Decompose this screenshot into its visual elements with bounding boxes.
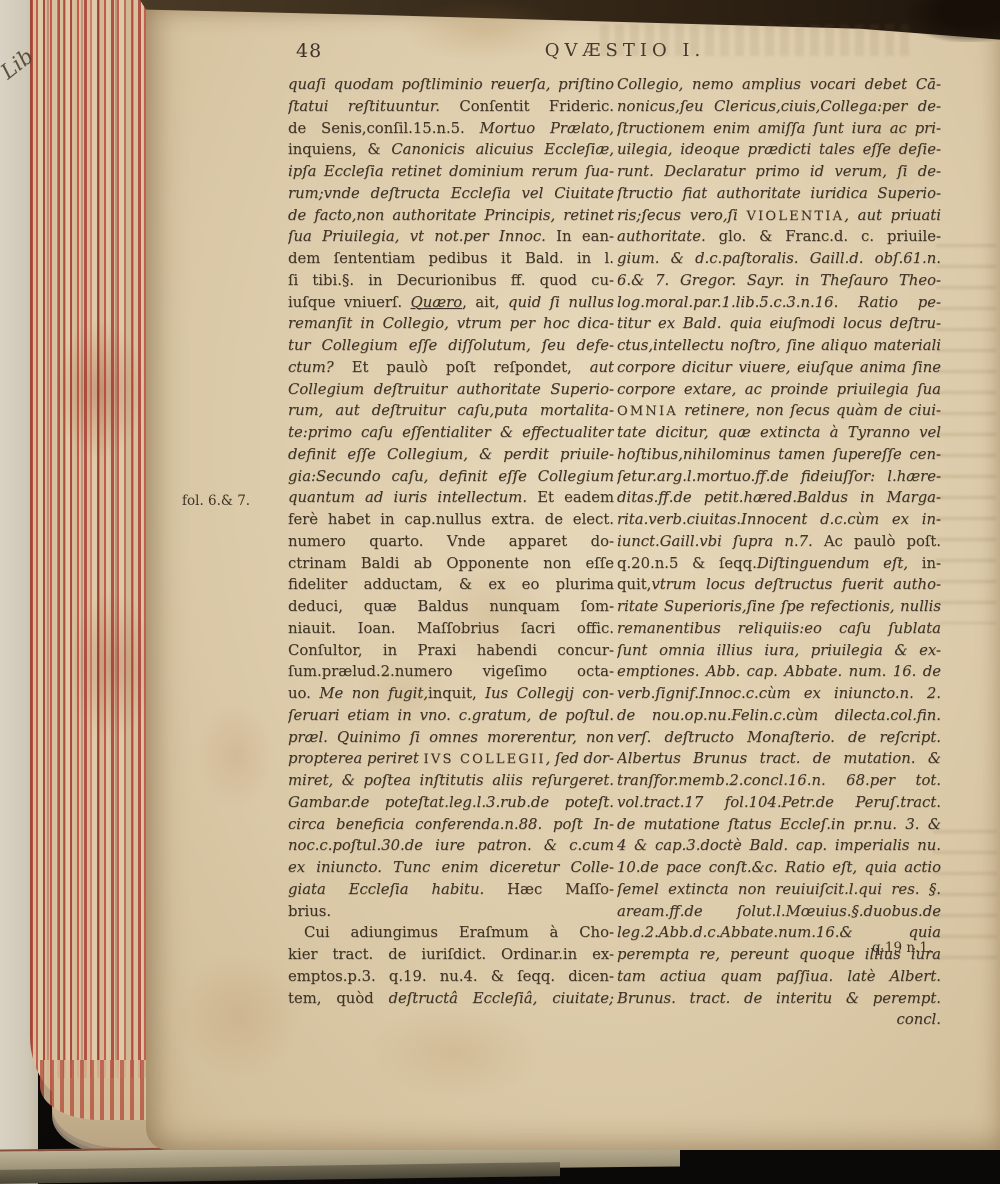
text-line: Conſultor, in Praxi habendi concur- [288, 640, 614, 662]
text-line: vol.tract.17 fol.104.Petr.de Peruſ.tract… [617, 792, 941, 814]
text-segment: rita.verb.ciuitas.Innocent d.c.cùm ex in… [617, 511, 941, 528]
text-segment: de facto,non authoritate Principis, reti… [288, 207, 614, 224]
text-segment: de mutatione ſtatus Eccleſ.in pr.nu. 3. … [617, 816, 941, 833]
text-line: Brunus. tract. de interitu & perempt. [617, 988, 941, 1010]
text-line: remanſit in Collegio, vtrum per hoc dica… [288, 313, 614, 335]
text-segment: fideliter adductam, & ex eo plurima [288, 576, 614, 593]
text-segment: Mortuo Prælato, [480, 120, 614, 137]
text-line: de facto,non authoritate Principis, reti… [288, 205, 614, 227]
text-line: 6.& 7. Gregor. Sayr. in Theſauro Theo- [617, 270, 941, 292]
text-segment: remanentibus reliquiis:eo caſu ſublata [617, 620, 941, 637]
text-segment: Conſultor, in Praxi habendi concur- [288, 642, 614, 659]
text-segment: circa beneficia conferenda.n.88. poſt In… [288, 816, 614, 833]
text-line: tranſfor.memb.2.concl.16.n. 68.per tot. [617, 770, 941, 792]
text-segment: Diſtinguendum eſt, [757, 555, 908, 572]
text-segment: tate dicitur, quæ extincta à Tyranno vel [617, 424, 941, 441]
text-line: ctus,intellectu noſtro, ſine aliquo mate… [617, 335, 941, 357]
text-segment: quantum ad iuris intellectum. [288, 489, 527, 506]
text-segment: giata Eccleſia habitu. [288, 881, 484, 898]
text-segment: , ait, [462, 294, 508, 311]
text-segment: ſeruari etiam in vno. c.gratum, de poſtu… [288, 707, 614, 724]
text-line: ferè habet in cap.nullus extra. de elect… [288, 509, 614, 531]
text-line: circa beneficia conferenda.n.88. poſt In… [288, 814, 614, 836]
text-line: gia:Secundo caſu, definit eſſe Collegium [288, 466, 614, 488]
text-segment: definit eſſe Collegium, & perdit priuile… [288, 446, 614, 463]
text-line: inquiens, & Canonicis alicuius Eccleſiæ, [288, 139, 614, 161]
text-segment: nonicus,ſeu Clericus,ciuis,Collega:per d… [617, 98, 941, 115]
text-segment: ſtructio fiat authoritate iuridica Super… [617, 185, 941, 202]
text-line: ris;ſecus vero,ſi VIOLENTIA, aut priuati [617, 205, 941, 227]
text-segment: Ius Collegij con- [485, 685, 614, 702]
text-line: definit eſſe Collegium, & perdit priuile… [288, 444, 614, 466]
text-segment: aut [590, 359, 614, 376]
text-segment: ris;ſecus vero,ſi [617, 207, 746, 224]
text-segment: Conſentit Frideric. [440, 98, 614, 115]
text-segment: glo. & Franc.d. c. priuile- [719, 228, 941, 245]
text-line: runt. Declaratur primo id verum, ſi de- [617, 161, 941, 183]
text-segment: , ſed dor- [546, 750, 614, 767]
text-segment: dem ſententiam pedibus it Bald. in l. [288, 250, 614, 267]
text-segment: uilegia, ideoque prædicti tales eſſe deſ… [617, 141, 941, 158]
text-line: ſua Priuilegia, vt not.per Innoc. In ean… [288, 226, 614, 248]
text-line: gium. & d.c.paſtoralis. Gaill.d. obſ.61.… [617, 248, 941, 270]
column-left: quaſi quodam poſtliminio reuerſa, priſti… [288, 74, 614, 1009]
text-line: ſum.prælud.2.numero vigeſimo octa- [288, 661, 614, 683]
text-line: ſeruari etiam in vno. c.gratum, de poſtu… [288, 705, 614, 727]
text-segment: titur ex Bald. quia eiuſmodi locus deſtr… [617, 315, 941, 332]
page-number: 48 [296, 40, 322, 62]
text-segment: deſtructâ Eccleſiâ, ciuitate; [389, 990, 614, 1007]
text-line: hoſtibus,nihilominus tamen ſupereſſe cen… [617, 444, 941, 466]
text-line: tem, quòd deſtructâ Eccleſiâ, ciuitate; [288, 988, 614, 1010]
text-line: ex iniuncto. Tunc enim diceretur Colle- [288, 857, 614, 879]
text-line: corpore extare, ac proinde priuilegia ſu… [617, 379, 941, 401]
text-line: ipſa Eccleſia retinet dominium rerum ſua… [288, 161, 614, 183]
text-segment: verſ. deſtructo Monaſterio. de reſcript. [617, 729, 941, 746]
text-line: Cui adiungimus Eraſmum à Cho- [288, 922, 614, 944]
margin-note-right: q.19 n.1. [872, 940, 932, 956]
text-line: ſtructionem enim amiſſa ſunt iura ac pri… [617, 118, 941, 140]
text-segment: aream.ff.de ſolut.l.Mœuius.§.duobus.de [617, 903, 941, 920]
text-segment: inquit, [428, 685, 485, 702]
fore-edge-stain [70, 590, 155, 740]
text-segment: , aut priuati [844, 207, 941, 224]
text-line: ctum? Et paulò poſt reſpondet, aut [288, 357, 614, 379]
text-line: emptiones. Abb. cap. Abbate. num. 16. de [617, 661, 941, 683]
text-line: rum, aut deſtruitur caſu,puta mortalita- [288, 400, 614, 422]
text-line: tur Collegium eſſe diſſolutum, ſeu defe- [288, 335, 614, 357]
text-line: ritate Superioris,ſine ſpe refectionis, … [617, 596, 941, 618]
text-segment: ſi tibi.§. in Decurionibus ff. quod cu- [288, 272, 614, 289]
running-title: QVÆSTIO I. [445, 40, 805, 61]
text-segment: iunct.Gaill.vbi ſupra n.7. [617, 533, 813, 550]
paper-stain [175, 950, 305, 1080]
text-line: fideliter adductam, & ex eo plurima [288, 574, 614, 596]
text-line: tate dicitur, quæ extincta à Tyranno vel [617, 422, 941, 444]
text-segment: miret, & poſtea inſtitutis aliis reſurge… [288, 772, 614, 789]
paper-stain [365, 1005, 545, 1100]
text-segment: remanſit in Collegio, vtrum per hoc dica… [288, 315, 614, 332]
text-line: ſetur.arg.l.mortuo.ff.de fideiuſſor: l.h… [617, 466, 941, 488]
text-segment: tam actiua quam paſſiua. latè Albert. [617, 968, 941, 985]
text-segment: runt. Declaratur primo id verum, ſi de- [617, 163, 941, 180]
verso-show-through [936, 244, 996, 624]
text-segment: niauit. Ioan. Maſſobrius ſacri offic. [288, 620, 614, 637]
text-line: iuſque vniuerſ. Quæro, ait, quid ſi null… [288, 292, 614, 314]
text-segment: retinere, non ſecus quàm de ciui- [678, 402, 941, 419]
paper-stain [196, 700, 276, 810]
text-segment: log.moral.par.1.lib.5.c.3.n.16. Ratio pe… [617, 294, 941, 311]
text-segment: Collegio, nemo amplius vocari debet Cā- [617, 76, 941, 93]
text-segment: Et eadem [527, 489, 614, 506]
text-segment: q.20.n.5 & ſeqq. [617, 555, 757, 572]
text-segment: hoſtibus,nihilominus tamen ſupereſſe cen… [617, 446, 941, 463]
text-line: concl. [617, 1009, 941, 1031]
text-line: præl. Quinimo ſi omnes morerentur, non [288, 727, 614, 749]
text-segment: VIOLENTIA [746, 209, 844, 224]
text-segment: numero quarto. Vnde apparet do- [288, 533, 614, 550]
text-segment: deduci, quæ Baldus nunquam ſom- [288, 598, 614, 615]
text-segment: verb.ſignif.Innoc.c.cùm ex iniuncto.n. 2… [617, 685, 941, 702]
text-line: ſunt omnia illius iura, priuilegia & ex- [617, 640, 941, 662]
text-line: ſtatui reſtituuntur. Conſentit Frideric. [288, 96, 614, 118]
text-segment: tem, quòd [288, 990, 389, 1007]
text-line: rum;vnde deſtructa Eccleſia vel Ciuitate [288, 183, 614, 205]
text-line: uo. Me non fugit,inquit, Ius Collegij co… [288, 683, 614, 705]
text-segment: ſtructionem enim amiſſa ſunt iura ac pri… [617, 120, 941, 137]
text-segment: ipſa Eccleſia retinet dominium rerum ſua… [288, 163, 614, 180]
text-segment: ditas.ff.de petit.hæred.Baldus in Marga- [617, 489, 941, 506]
text-line: de nou.op.nu.Felin.c.cùm dilecta.col.fin… [617, 705, 941, 727]
text-line: 4 & cap.3.doctè Bald. cap. imperialis nu… [617, 835, 941, 857]
text-line: quaſi quodam poſtliminio reuerſa, priſti… [288, 74, 614, 96]
text-line: de mutatione ſtatus Eccleſ.in pr.nu. 3. … [617, 814, 941, 836]
red-fore-edge-texture [30, 0, 154, 1106]
text-line: ctrinam Baldi ab Opponente non eſſe [288, 553, 614, 575]
text-line: ditas.ff.de petit.hæred.Baldus in Marga- [617, 487, 941, 509]
text-segment: Hæc Maſſo- [484, 881, 614, 898]
column-right: Collegio, nemo amplius vocari debet Cā-n… [617, 74, 941, 1031]
text-line: quit,vtrum locus deſtructus fuerit autho… [617, 574, 941, 596]
text-segment: Ac paulò poſt. [813, 533, 941, 550]
text-line: tam actiua quam paſſiua. latè Albert. [617, 966, 941, 988]
text-line: log.moral.par.1.lib.5.c.3.n.16. Ratio pe… [617, 292, 941, 314]
text-line: kier tract. de iuriſdict. Ordinar.in ex- [288, 944, 614, 966]
text-segment: tranſfor.memb.2.concl.16.n. 68.per tot. [617, 772, 941, 789]
text-segment: præl. Quinimo ſi omnes morerentur, non [288, 729, 614, 746]
text-segment: Albertus Brunus tract. de mutation. & [617, 750, 941, 767]
text-segment: In ean- [546, 228, 614, 245]
text-line: Collegium deſtruitur authoritate Superio… [288, 379, 614, 401]
text-segment: de nou.op.nu.Felin.c.cùm dilecta.col.fin… [617, 707, 941, 724]
text-segment: ſum.prælud.2.numero vigeſimo octa- [288, 663, 614, 680]
text-line: te:primo caſu eſſentialiter & effectuali… [288, 422, 614, 444]
text-segment: 4 & cap.3.doctè Bald. cap. imperialis nu… [617, 837, 941, 854]
text-segment: brius. [288, 903, 331, 920]
text-segment: quit, [617, 576, 651, 593]
text-segment: Brunus. tract. de interitu & perempt. [617, 990, 941, 1007]
text-line: q.20.n.5 & ſeqq.Diſtinguendum eſt, in- [617, 553, 941, 575]
text-line: brius. [288, 901, 614, 923]
text-line: quantum ad iuris intellectum. Et eadem [288, 487, 614, 509]
text-line: authoritate. glo. & Franc.d. c. priuile- [617, 226, 941, 248]
text-line: nonicus,ſeu Clericus,ciuis,Collega:per d… [617, 96, 941, 118]
text-line: iunct.Gaill.vbi ſupra n.7. Ac paulò poſt… [617, 531, 941, 553]
text-line: titur ex Bald. quia eiuſmodi locus deſtr… [617, 313, 941, 335]
text-segment: ferè habet in cap.nullus extra. de elect… [288, 511, 614, 528]
text-segment: rum;vnde deſtructa Eccleſia vel Ciuitate [288, 185, 614, 202]
text-segment: ſua Priuilegia, vt not.per Innoc. [288, 228, 546, 245]
text-segment: quaſi quodam poſtliminio reuerſa, priſti… [288, 76, 614, 93]
text-line: ſemel extincta non reuiuiſcit.l.qui res.… [617, 879, 941, 901]
text-line: noc.c.poſtul.30.de iure patron. & c.cum [288, 835, 614, 857]
text-segment: ctrinam Baldi ab Opponente non eſſe [288, 555, 614, 572]
text-line: ſtructio fiat authoritate iuridica Super… [617, 183, 941, 205]
text-segment: authoritate. [617, 228, 719, 245]
text-segment: gium. & d.c.paſtoralis. Gaill.d. obſ.61.… [617, 250, 941, 267]
text-segment: leg.2.Abb.d.c.Abbate.num.16.& quia [617, 924, 941, 941]
text-segment: Collegium deſtruitur authoritate Superio… [288, 381, 614, 398]
text-segment: te:primo caſu eſſentialiter & effectuali… [288, 424, 614, 441]
text-segment: emptos.p.3. q.19. nu.4. & ſeqq. dicen- [288, 968, 614, 985]
text-line: ſi tibi.§. in Decurionibus ff. quod cu- [288, 270, 614, 292]
text-line: verſ. deſtructo Monaſterio. de reſcript. [617, 727, 941, 749]
text-segment: Quæro [411, 294, 463, 311]
text-segment: noc.c.poſtul.30.de iure patron. & c.cum [288, 837, 614, 854]
text-segment: ſetur.arg.l.mortuo.ff.de fideiuſſor: l.h… [617, 468, 941, 485]
text-line: emptos.p.3. q.19. nu.4. & ſeqq. dicen- [288, 966, 614, 988]
text-segment: Me non fugit, [319, 685, 428, 702]
text-segment: ritate Superioris,ſine ſpe refectionis, … [617, 598, 941, 615]
text-line: rita.verb.ciuitas.Innocent d.c.cùm ex in… [617, 509, 941, 531]
text-line: corpore dicitur viuere, eiuſque anima ſi… [617, 357, 941, 379]
text-segment: corpore dicitur viuere, eiuſque anima ſi… [617, 359, 941, 376]
text-line: numero quarto. Vnde apparet do- [288, 531, 614, 553]
text-line: Gambar.de poteſtat.leg.l.3.rub.de poteſt… [288, 792, 614, 814]
text-line: dem ſententiam pedibus it Bald. in l. [288, 248, 614, 270]
text-segment: quid ſi nullus [508, 294, 614, 311]
text-line: de Senis,conſil.15.n.5. Mortuo Prælato, [288, 118, 614, 140]
text-segment: Canonicis alicuius Eccleſiæ, [391, 141, 614, 158]
text-line: niauit. Ioan. Maſſobrius ſacri offic. [288, 618, 614, 640]
text-segment: 10.de pace conſt.&c. Ratio eſt, quia act… [617, 859, 941, 876]
text-line: miret, & poſtea inſtitutis aliis reſurge… [288, 770, 614, 792]
text-segment: gia:Secundo caſu, definit eſſe Collegium [288, 468, 614, 485]
text-segment: Et paulò poſt reſpondet, [352, 359, 590, 376]
verso-show-through [933, 830, 997, 965]
text-line: giata Eccleſia habitu. Hæc Maſſo- [288, 879, 614, 901]
book-photo: Lib 48 QVÆSTIO I. quaſi quodam poſtlimin… [0, 0, 1000, 1184]
text-line: Albertus Brunus tract. de mutation. & [617, 748, 941, 770]
text-segment: rum, aut deſtruitur caſu,puta mortalita- [288, 402, 614, 419]
text-segment: vol.tract.17 fol.104.Petr.de Peruſ.tract… [617, 794, 941, 811]
text-line: OMNIA retinere, non ſecus quàm de ciui- [617, 400, 941, 422]
text-segment: ſtatui reſtituuntur. [288, 98, 440, 115]
text-segment: Gambar.de poteſtat.leg.l.3.rub.de poteſt… [288, 794, 614, 811]
text-segment: de Senis,conſil.15.n.5. [288, 120, 480, 137]
text-line: uilegia, ideoque prædicti tales eſſe deſ… [617, 139, 941, 161]
text-segment: uo. [288, 685, 319, 702]
text-line: 10.de pace conſt.&c. Ratio eſt, quia act… [617, 857, 941, 879]
text-segment: OMNIA [617, 404, 678, 419]
text-segment: in- [908, 555, 941, 572]
text-line: remanentibus reliquiis:eo caſu ſublata [617, 618, 941, 640]
text-segment: corpore extare, ac proinde priuilegia ſu… [617, 381, 941, 398]
text-segment: 6.& 7. Gregor. Sayr. in Theſauro Theo- [617, 272, 941, 289]
text-segment: kier tract. de iuriſdict. Ordinar.in ex- [288, 946, 614, 963]
text-segment: ctum? [288, 359, 352, 376]
text-line: propterea periret IVS COLLEGII, ſed dor- [288, 748, 614, 770]
text-segment: ſunt omnia illius iura, priuilegia & ex- [617, 642, 941, 659]
text-segment: concl. [897, 1011, 941, 1028]
text-line: verb.ſignif.Innoc.c.cùm ex iniuncto.n. 2… [617, 683, 941, 705]
text-segment: inquiens, & [288, 141, 391, 158]
margin-note-left: fol. 6.& 7. [182, 493, 250, 509]
text-segment: IVS COLLEGII [424, 752, 546, 767]
text-segment: ex iniuncto. Tunc enim diceretur Colle- [288, 859, 614, 876]
text-line: deduci, quæ Baldus nunquam ſom- [288, 596, 614, 618]
text-segment: vtrum locus deſtructus fuerit autho- [651, 576, 941, 593]
text-segment: emptiones. Abb. cap. Abbate. num. 16. de [617, 663, 941, 680]
text-line: aream.ff.de ſolut.l.Mœuius.§.duobus.de [617, 901, 941, 923]
text-segment: iuſque vniuerſ. [288, 294, 411, 311]
text-segment: tur Collegium eſſe diſſolutum, ſeu defe- [288, 337, 614, 354]
fore-edge-stain [55, 320, 145, 460]
text-segment: propterea periret [288, 750, 424, 767]
text-segment: ctus,intellectu noſtro, ſine aliquo mate… [617, 337, 941, 354]
text-segment: Cui adiungimus Eraſmum à Cho- [304, 924, 614, 941]
top-right-shadow [905, 0, 1000, 42]
text-line: Collegio, nemo amplius vocari debet Cā- [617, 74, 941, 96]
text-segment: ſemel extincta non reuiuiſcit.l.qui res.… [617, 881, 941, 898]
